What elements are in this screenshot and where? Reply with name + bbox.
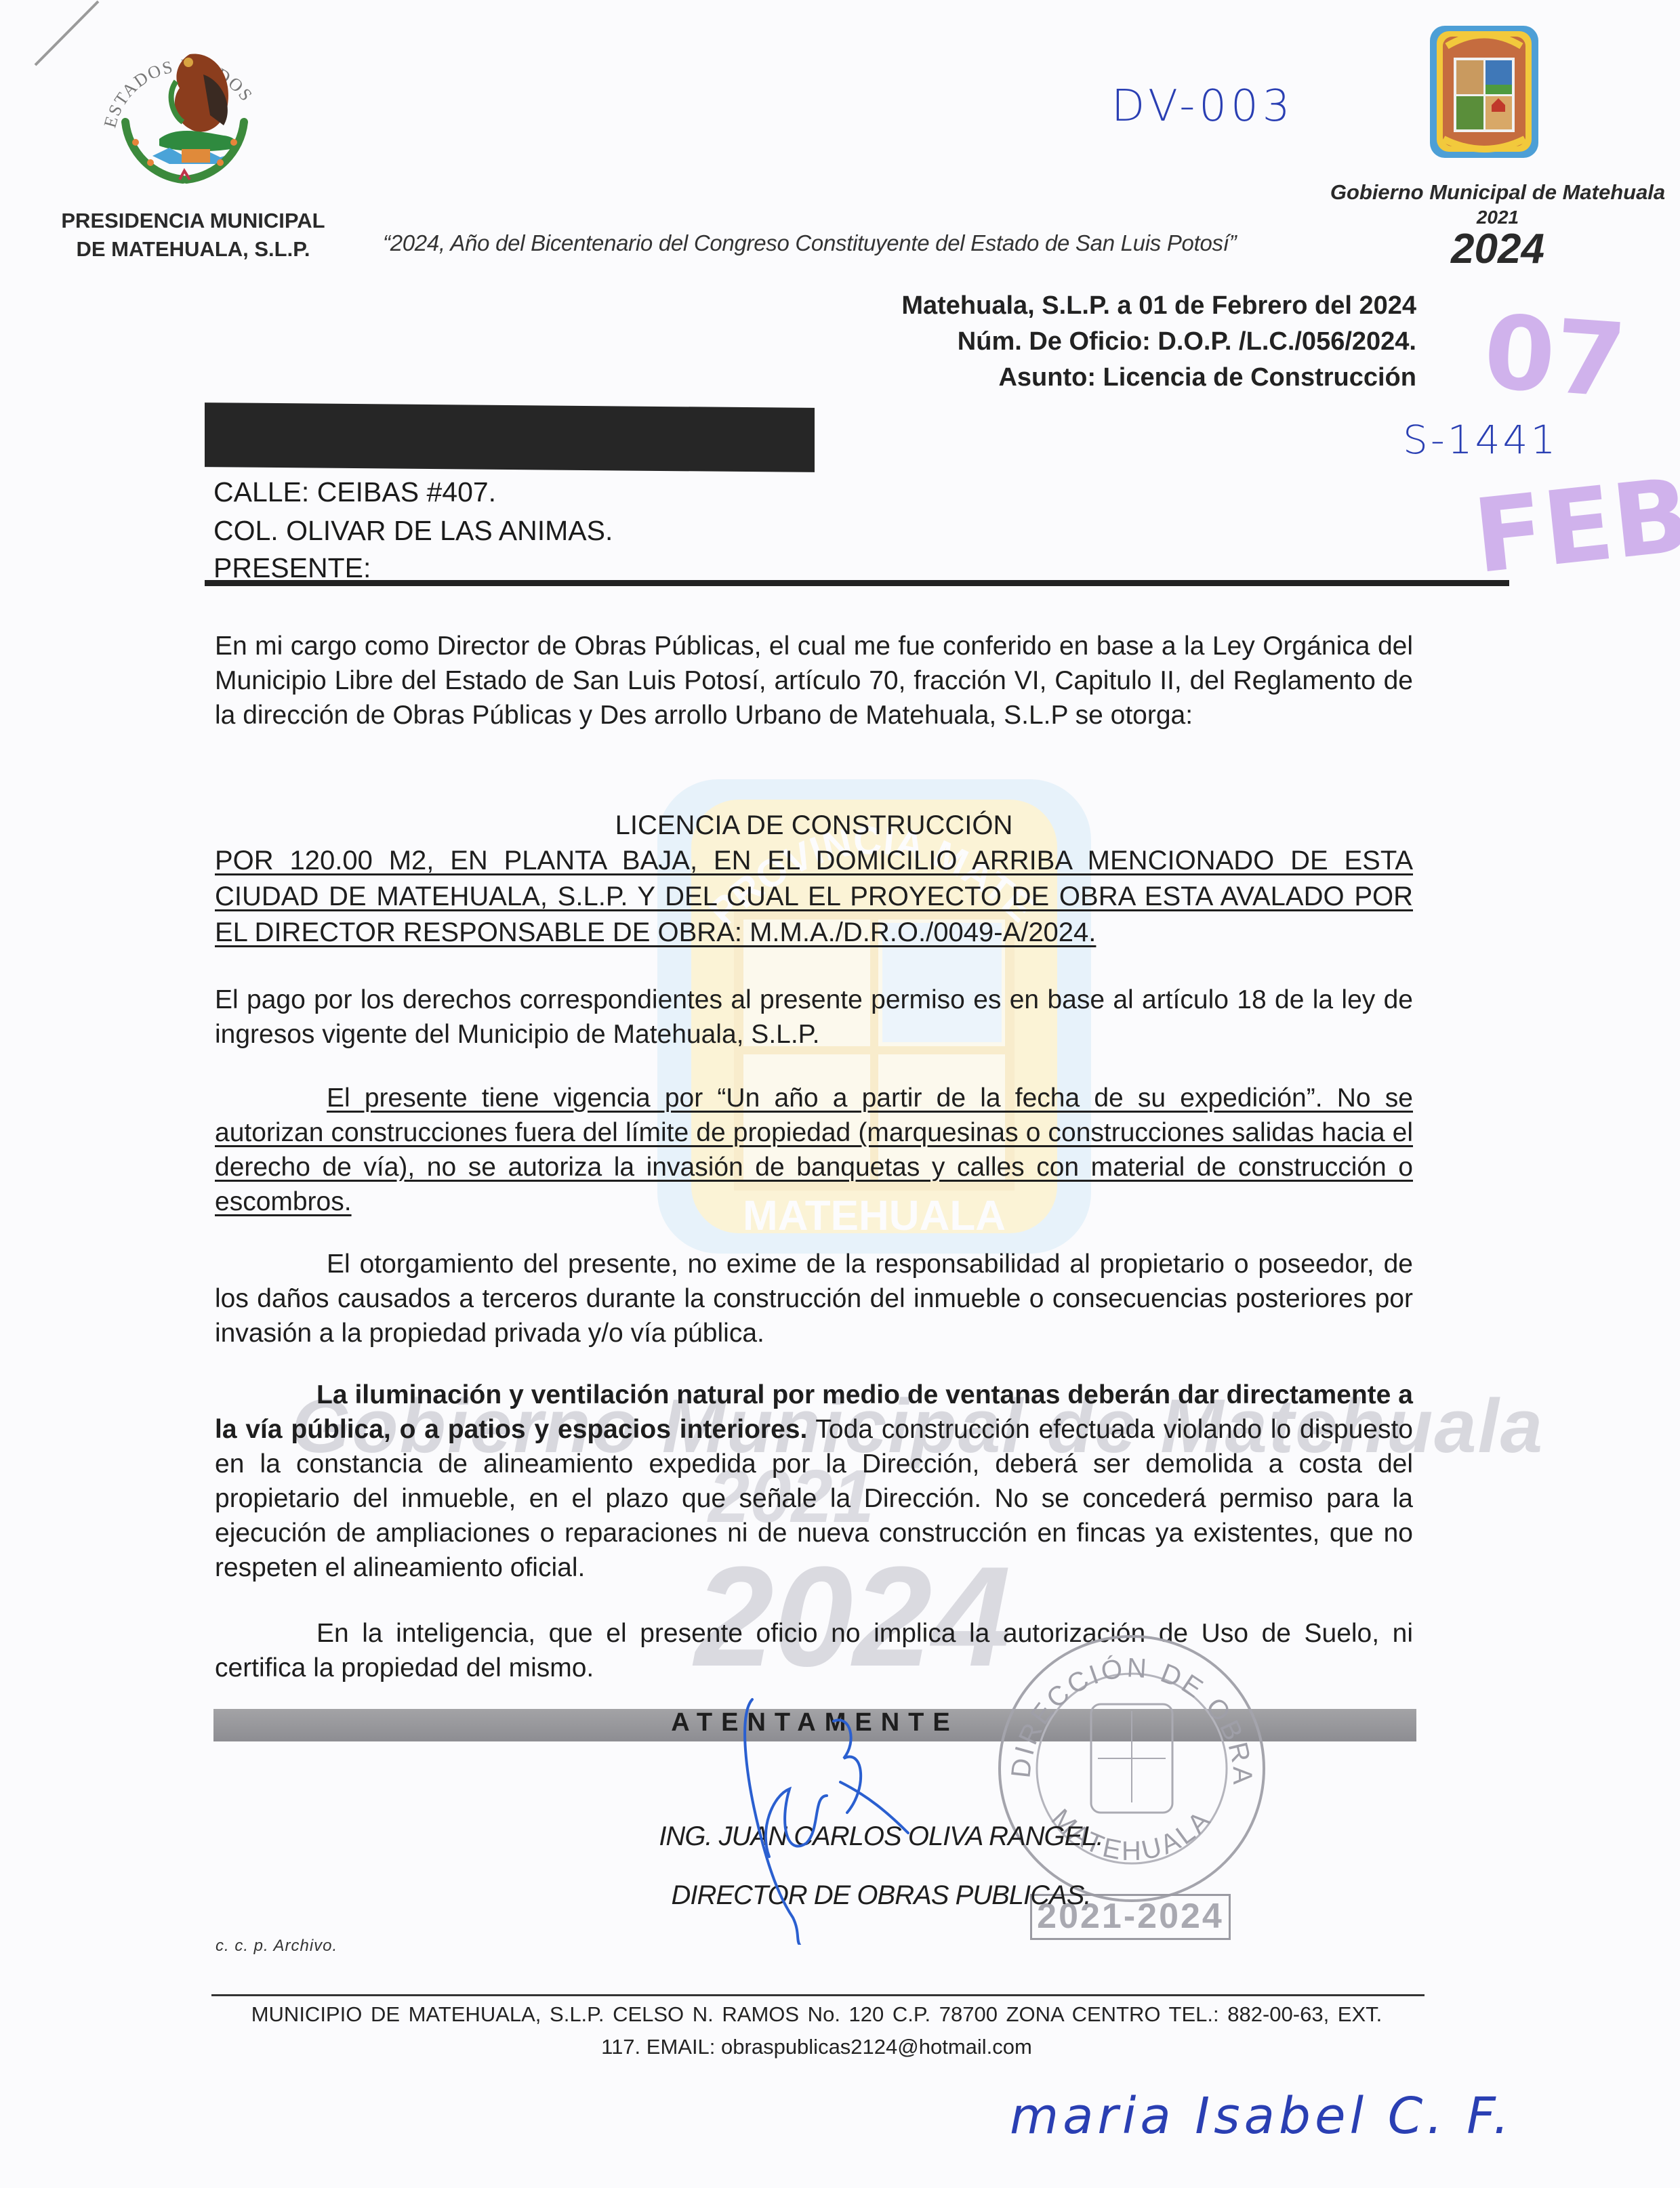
received-stamp-month: FEB <box>1469 457 1680 596</box>
footer-divider <box>211 1994 1425 1996</box>
government-title: Gobierno Municipal de Matehuala <box>1308 182 1680 203</box>
issuer-line-1: PRESIDENCIA MUNICIPAL <box>37 207 349 235</box>
footer-contact: 117. EMAIL: obraspublicas2124@hotmail.co… <box>169 2035 1464 2059</box>
mexico-coat-of-arms-icon: ESTADOS UNIDOS MEXICANOS <box>75 14 285 190</box>
handwritten-folio: S-1441 <box>1403 417 1558 463</box>
received-stamp-day: 07 <box>1480 293 1629 421</box>
license-detail: POR 120.00 M2, EN PLANTA BAJA, EN EL DOM… <box>215 843 1413 951</box>
issuer-line-2: DE MATEHUALA, S.L.P. <box>37 235 349 264</box>
receiver-handwritten-name: maria Isabel C. F. <box>1010 2087 1513 2145</box>
public-works-seal-icon: DIRECCIÓN DE OBRAS PÚBLICAS MATEHUALA, S… <box>989 1623 1274 1907</box>
lighting-paragraph: La iluminación y ventilación natural por… <box>215 1378 1413 1585</box>
matehuala-crest-icon <box>1427 20 1542 163</box>
oficio-number: Núm. De Oficio: D.O.P. /L.C./056/2024. <box>800 327 1416 356</box>
payment-paragraph: El pago por los derechos correspondiente… <box>215 983 1413 1052</box>
government-period-end: 2024 <box>1423 225 1572 273</box>
subject-line: Asunto: Licencia de Construcción <box>800 363 1416 392</box>
year-motto: “2024, Año del Bicentenario del Congreso… <box>383 230 1236 256</box>
license-title: LICENCIA DE CONSTRUCCIÓN <box>215 808 1413 843</box>
addressee-street: CALLE: CEIBAS #407. <box>213 476 496 508</box>
redacted-addressee-name <box>205 402 815 472</box>
footer-address: MUNICIPIO DE MATEHUALA, S.L.P. CELSO N. … <box>169 2002 1464 2027</box>
carbon-copy: c. c. p. Archivo. <box>216 1937 337 1956</box>
document-date: Matehuala, S.L.P. a 01 de Febrero del 20… <box>800 291 1416 321</box>
handwritten-document-code: DV-003 <box>1111 81 1294 131</box>
handwritten-signature-icon <box>732 1694 976 1945</box>
addressee-colony: COL. OLIVAR DE LAS ANIMAS. <box>213 515 613 547</box>
intro-paragraph: En mi cargo como Director de Obras Públi… <box>215 629 1413 732</box>
issuer-title: PRESIDENCIA MUNICIPAL DE MATEHUALA, S.L.… <box>37 207 349 264</box>
liability-paragraph: El otorgamiento del presente, no exime d… <box>215 1247 1413 1350</box>
addressee-salutation: PRESENTE: <box>213 552 371 584</box>
validity-paragraph: El presente tiene vigencia por “Un año a… <box>215 1081 1413 1219</box>
addressee-divider <box>205 580 1509 586</box>
